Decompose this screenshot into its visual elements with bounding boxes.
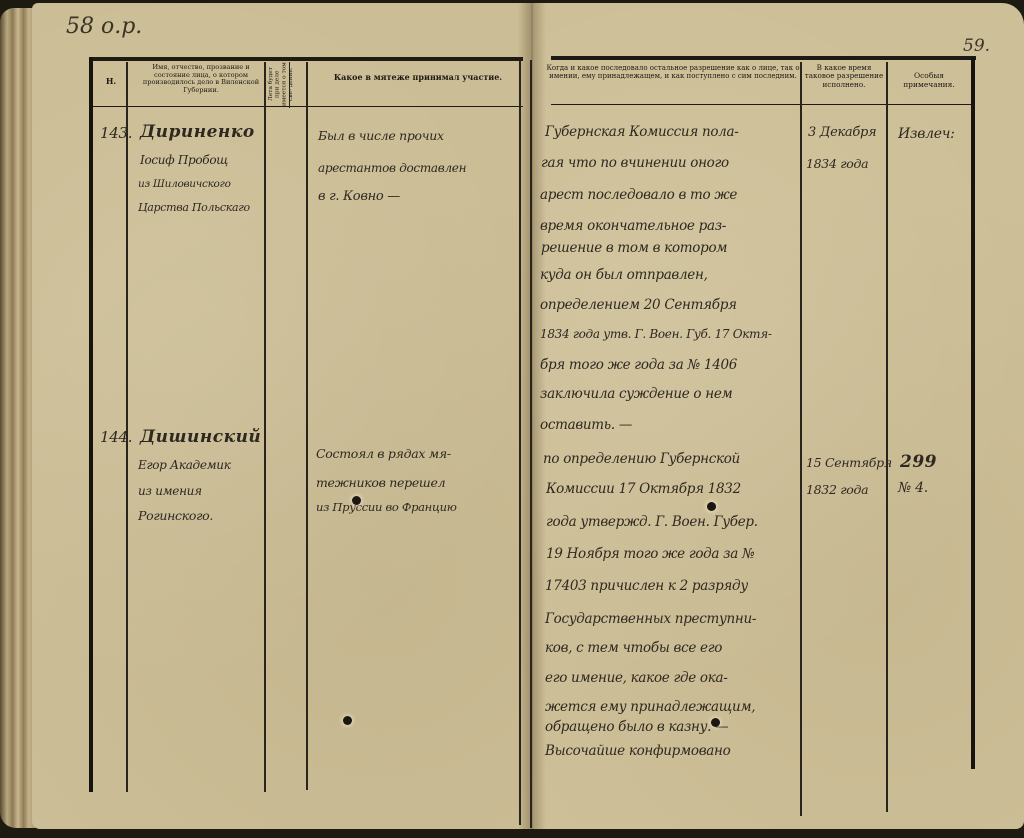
remark-text: Извлеч:: [898, 126, 955, 142]
resolution-line: года утвержд. Г. Воен. Губер.: [546, 514, 758, 530]
executed-year: 1834 года: [806, 156, 868, 171]
resolution-line: 19 Ноября того же года за №: [546, 546, 754, 562]
resolution-line: определением 20 Сентября: [540, 297, 737, 313]
resolution-line: 17403 причислен к 2 разряду: [545, 578, 748, 594]
resolution-line: гая что по вчинении оного: [541, 155, 729, 171]
col-divider-number: [126, 62, 128, 792]
folio-left: 58 о.р.: [66, 14, 142, 39]
executed-date: 15 Сентября: [806, 455, 892, 470]
resolution-line: бря того же года за № 1406: [540, 357, 737, 373]
resolution-line: Губернская Комиссия пола-: [545, 124, 738, 140]
participation-line: Состоял в рядах мя-: [316, 446, 451, 461]
entry-name-line: из Шиловичского: [138, 178, 231, 190]
left-top-rule: [93, 57, 523, 61]
entry-name-line: Іосиф Пробощ: [140, 153, 228, 167]
right-inner-border: [530, 60, 532, 828]
entry-name-line: Егор Академик: [138, 458, 231, 472]
left-outer-border: [89, 57, 93, 792]
header-remarks: Особыя примечания.: [888, 72, 970, 89]
header-name: Имя, отчество, прозвание и состояние лиц…: [138, 64, 264, 94]
entry-number: 143.: [100, 124, 132, 142]
resolution-line: обращено было в казну. —: [545, 719, 728, 735]
col-divider-executed: [886, 62, 888, 812]
punch-hole: [707, 502, 716, 511]
resolution-line: жется ему принадлежащим,: [545, 699, 755, 715]
participation-line: арестантов доставлен: [318, 161, 466, 175]
resolution-line: Комиссии 17 Октября 1832: [546, 481, 741, 497]
remark-number: 299: [900, 452, 937, 472]
resolution-line: оставить. —: [540, 417, 632, 433]
resolution-line: его имение, какое где ока-: [545, 670, 728, 686]
book-spine: [518, 3, 546, 829]
punch-hole: [352, 496, 361, 505]
resolution-line: ков, с тем чтобы все его: [545, 640, 722, 656]
page-stack-edge: [0, 8, 36, 828]
executed-date: 3 Декабря: [808, 125, 876, 140]
left-header-bottom-rule: [93, 106, 523, 107]
resolution-line: заключила суждение о нем: [540, 386, 732, 402]
participation-line: Был в числе прочих: [318, 128, 444, 143]
entry-name-line: из имения: [138, 484, 202, 498]
resolution-line: арест последовало в то же: [540, 187, 737, 203]
folio-right: 59.: [963, 36, 990, 56]
participation-line: в г. Ковно —: [318, 189, 400, 204]
right-top-rule: [551, 56, 976, 60]
header-state-of-case: Лета будет при деле имеется о том све- д…: [268, 62, 304, 106]
open-ledger-book: 58 о.р. 59. Н. Имя, отчество, прозвание …: [0, 0, 1024, 838]
header-executed-when: В какое время таковое разрешение исполне…: [802, 64, 886, 89]
resolution-line: решение в том в котором: [541, 240, 727, 256]
executed-year: 1832 года: [806, 482, 868, 497]
resolution-line: 1834 года утв. Г. Воен. Губ. 17 Октя-: [540, 327, 772, 341]
entry-name-line: Рогинского.: [138, 508, 213, 523]
col-divider-name: [264, 62, 266, 792]
punch-hole: [343, 716, 352, 725]
right-outer-border: [971, 57, 975, 769]
entry-surname: Дишинский: [140, 427, 261, 447]
resolution-line: Высочайше конфирмовано: [545, 743, 730, 759]
participation-line: из Пруссии во Францию: [316, 500, 457, 514]
participation-line: тежников перешел: [316, 475, 445, 490]
punch-hole: [711, 718, 720, 727]
entry-surname: Дириненко: [140, 122, 255, 142]
resolution-line: куда он был отправлен,: [540, 267, 708, 283]
header-participation: Какое в мятеже принимал участие.: [318, 73, 518, 82]
entry-number: 144.: [100, 428, 132, 446]
resolution-line: по определению Губернской: [543, 451, 740, 467]
col-divider-state-2: [306, 62, 308, 790]
resolution-line: время окончательное раз-: [540, 218, 726, 234]
entry-name-line: Царства Польскаго: [138, 201, 250, 214]
header-number: Н.: [98, 77, 124, 86]
left-inner-border: [519, 60, 521, 825]
header-resolution: Когда и какое последовало остальное разр…: [546, 64, 800, 80]
right-header-bottom-rule: [551, 104, 973, 105]
col-divider-resolution: [800, 62, 802, 816]
remark-text: № 4.: [898, 480, 928, 496]
resolution-line: Государственных преступни-: [545, 611, 756, 627]
